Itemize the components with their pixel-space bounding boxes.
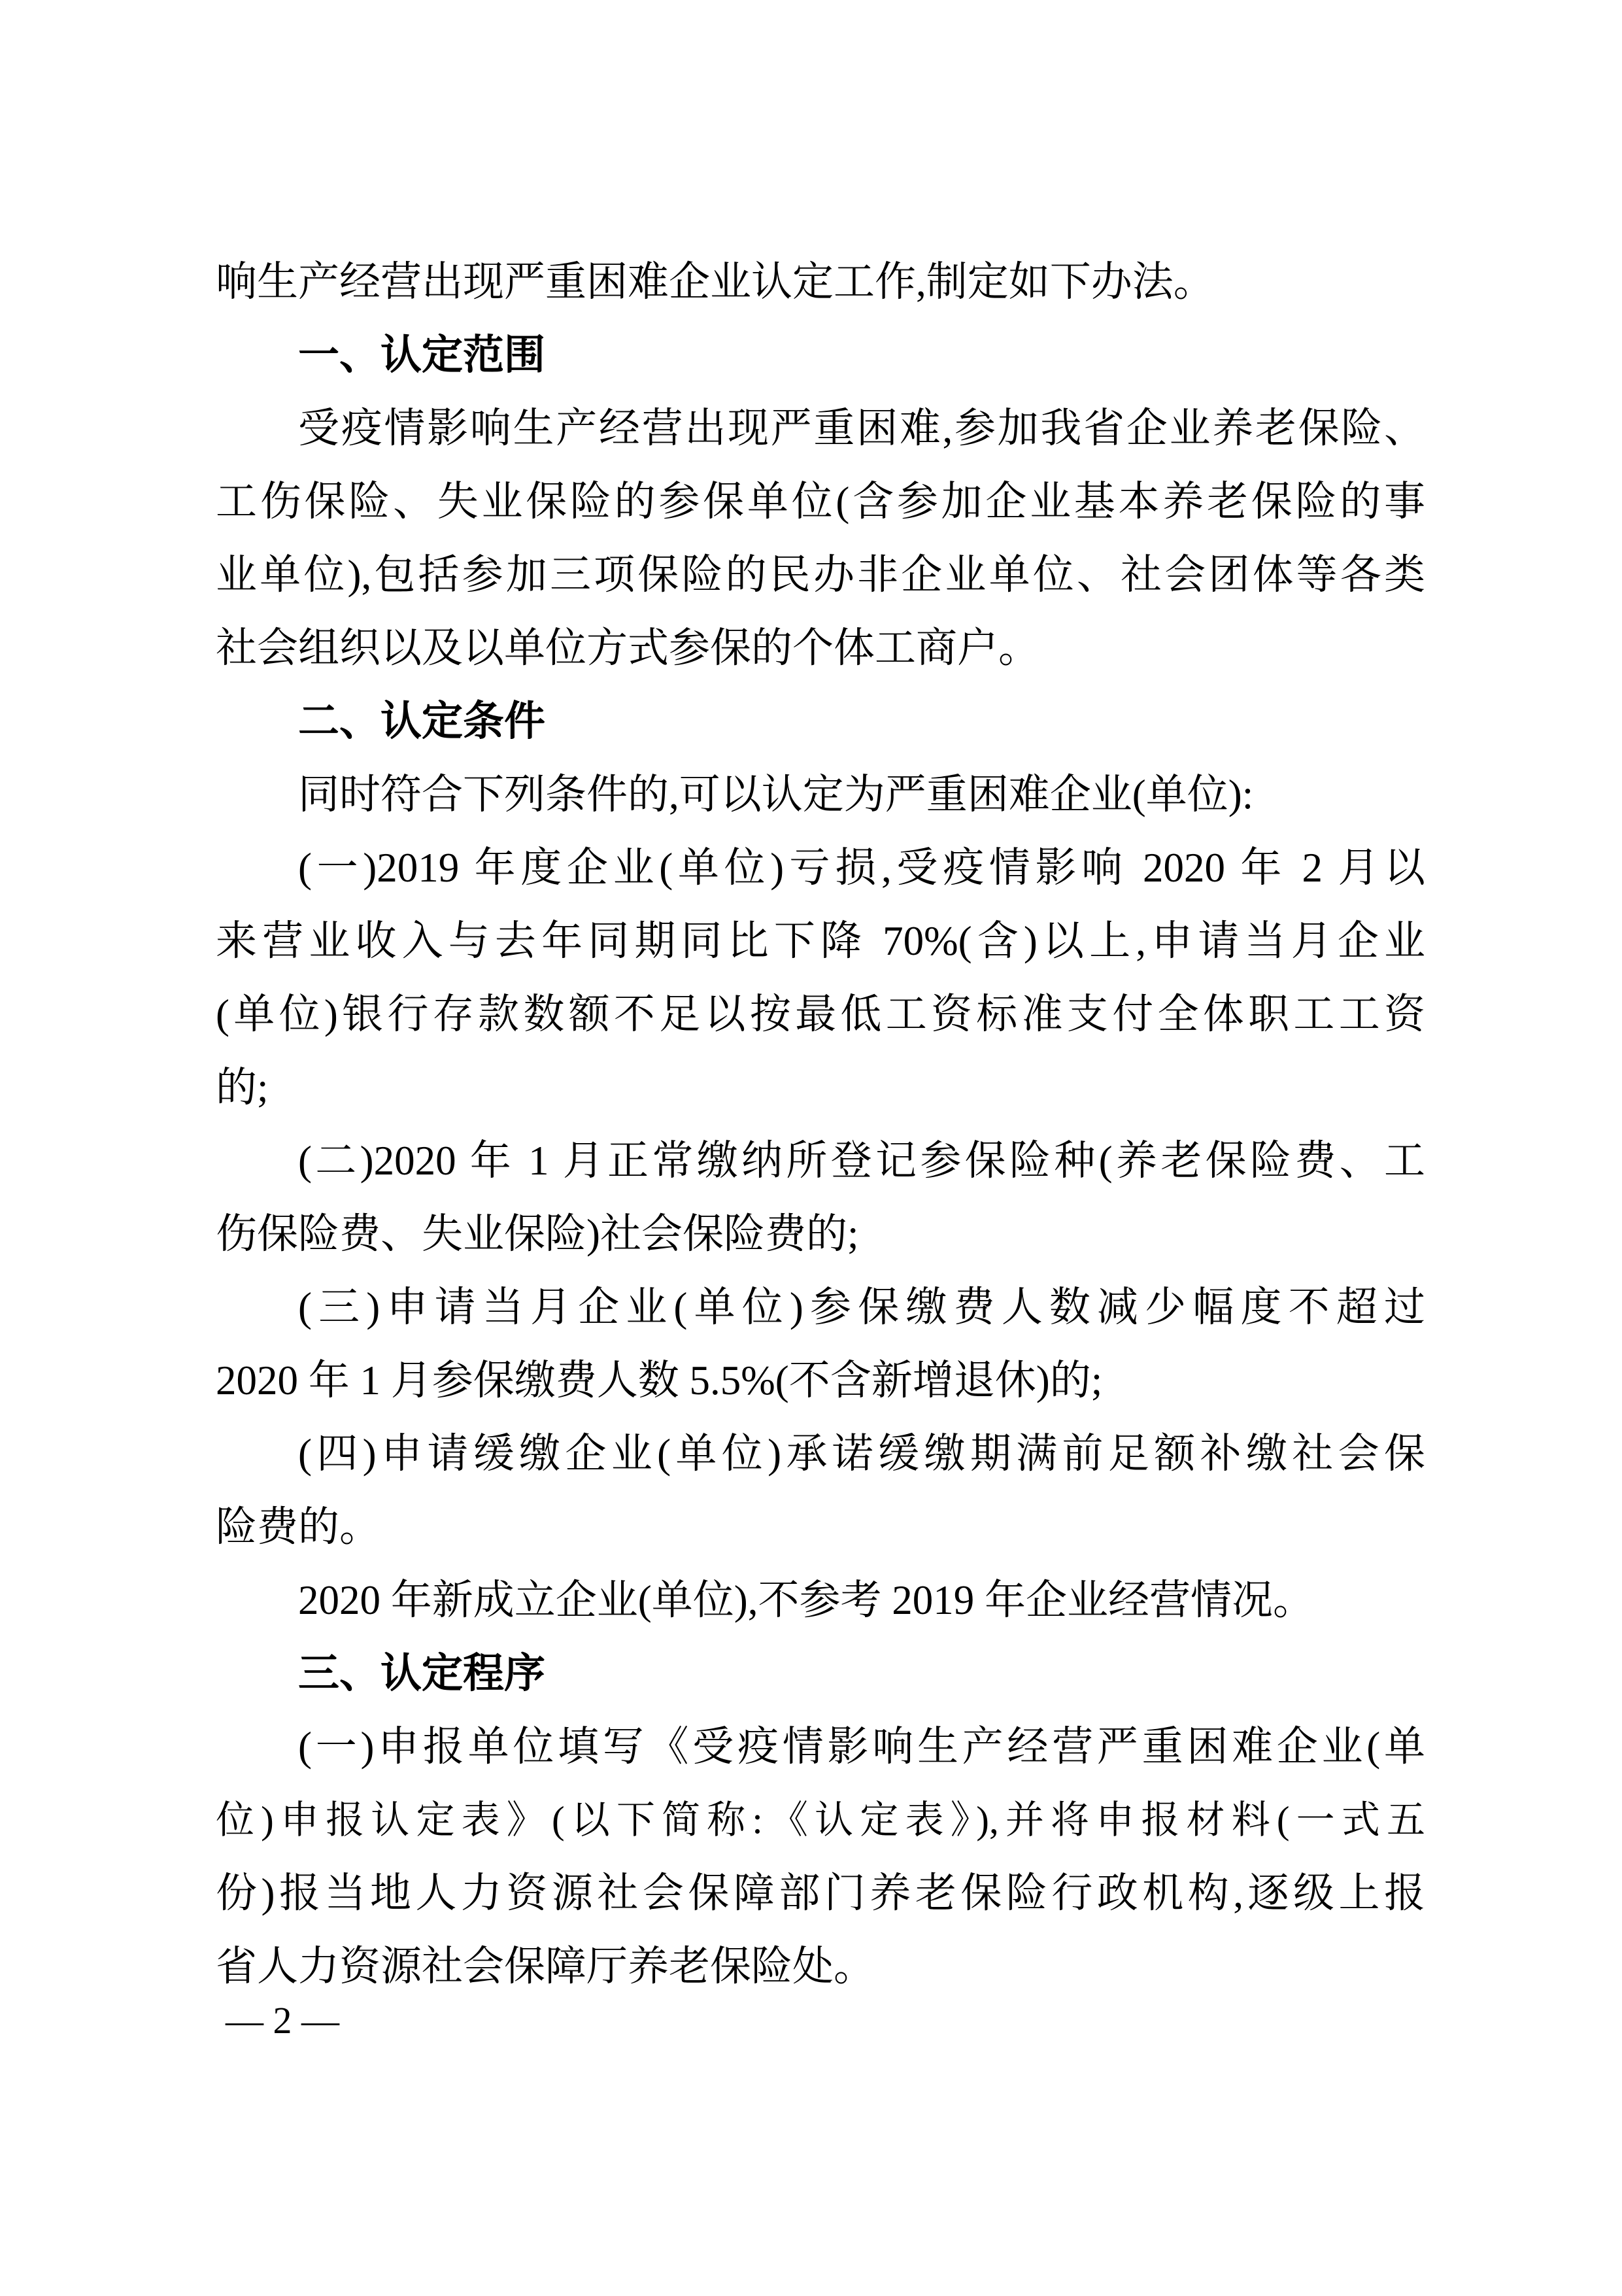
doc-line: 伤保险费、失业保险)社会保险费的; [216, 1197, 1425, 1271]
section-heading-1: 一、认定范围 [216, 318, 1425, 392]
document-body: 响生产经营出现严重困难企业认定工作,制定如下办法。 一、认定范围 受疫情影响生产… [216, 245, 1425, 2003]
document-page: { "page": { "background_color": "#ffffff… [0, 0, 1622, 2296]
doc-line: (单位)银行存款数额不足以按最低工资标准支付全体职工工资 [216, 978, 1425, 1051]
doc-line: 业单位),包括参加三项保险的民办非企业单位、社会团体等各类 [216, 538, 1425, 611]
doc-line: 省人力资源社会保障厅养老保险处。 [216, 1930, 1425, 2003]
doc-line: 2020 年 1 月参保缴费人数 5.5%(不含新增退休)的; [216, 1344, 1425, 1417]
doc-line: (四)申请缓缴企业(单位)承诺缓缴期满前足额补缴社会保 [216, 1417, 1425, 1490]
doc-line: 险费的。 [216, 1490, 1425, 1564]
section-heading-3: 三、认定程序 [216, 1637, 1425, 1710]
page-number: — 2 — [226, 1995, 339, 2047]
doc-line: 2020 年新成立企业(单位),不参考 2019 年企业经营情况。 [216, 1564, 1425, 1637]
doc-line: 社会组织以及以单位方式参保的个体工商户。 [216, 611, 1425, 685]
doc-line: (三)申请当月企业(单位)参保缴费人数减少幅度不超过 [216, 1271, 1425, 1344]
doc-line: (一)申报单位填写《受疫情影响生产经营严重困难企业(单 [216, 1710, 1425, 1783]
doc-line: (二)2020 年 1 月正常缴纳所登记参保险种(养老保险费、工 [216, 1124, 1425, 1197]
doc-line: 份)报当地人力资源社会保障部门养老保险行政机构,逐级上报 [216, 1857, 1425, 1930]
doc-line: 响生产经营出现严重困难企业认定工作,制定如下办法。 [216, 245, 1425, 318]
doc-line: 工伤保险、失业保险的参保单位(含参加企业基本养老保险的事 [216, 465, 1425, 538]
doc-line: 的; [216, 1051, 1425, 1124]
doc-line: (一)2019 年度企业(单位)亏损,受疫情影响 2020 年 2 月以 [216, 831, 1425, 904]
doc-line: 位)申报认定表》(以下简称:《认定表》),并将申报材料(一式五 [216, 1783, 1425, 1857]
doc-line: 来营业收入与去年同期同比下降 70%(含)以上,申请当月企业 [216, 904, 1425, 978]
doc-line: 受疫情影响生产经营出现严重困难,参加我省企业养老保险、 [216, 392, 1425, 465]
doc-line: 同时符合下列条件的,可以认定为严重困难企业(单位): [216, 758, 1425, 831]
section-heading-2: 二、认定条件 [216, 685, 1425, 758]
